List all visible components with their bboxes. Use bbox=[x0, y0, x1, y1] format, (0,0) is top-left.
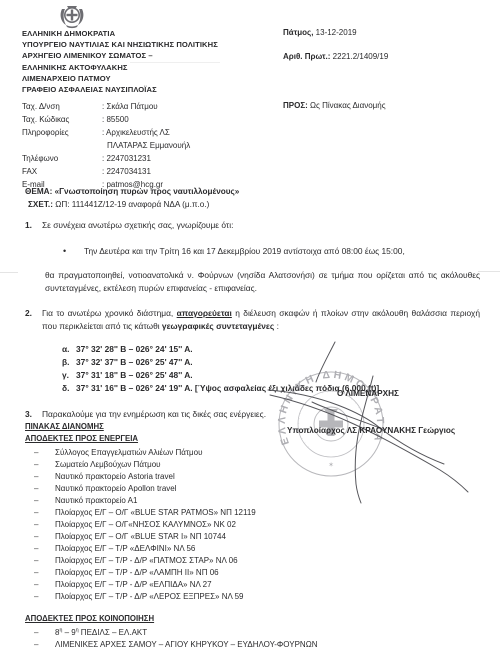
date-protocol-block: Πάτμος, 13-12-2019 Αριθ. Πρωτ.: 2221.2/1… bbox=[283, 28, 493, 76]
prohibition-emphasis: απαγορεύεται bbox=[177, 308, 232, 318]
protocol-value: 2221.2/1409/19 bbox=[333, 52, 389, 61]
scan-noise bbox=[0, 272, 18, 273]
contact-row: Πληροφορίες: Αρχικελευστής ΛΣ bbox=[22, 126, 262, 139]
header-line: ΑΡΧΗΓΕΙΟ ΛΙΜΕΝΙΚΟΥ ΣΩΜΑΤΟΣ – bbox=[22, 50, 277, 61]
bullet-line: • Την Δευτέρα και την Τρίτη 16 και 17 Δε… bbox=[25, 245, 480, 258]
header-line: ΥΠΟΥΡΓΕΙΟ ΝΑΥΤΙΛΙΑΣ ΚΑΙ ΝΗΣΙΩΤΙΚΗΣ ΠΟΛΙΤ… bbox=[22, 39, 277, 50]
body-item-1: 1. Σε συνέχεια ανωτέρω σχετικής σας, γνω… bbox=[25, 219, 480, 232]
body-paragraph: θα πραγματοποιηθεί, νοτιοανατολικά ν. Φο… bbox=[25, 269, 480, 294]
reference-label: ΣΧΕΤ.: bbox=[28, 200, 53, 209]
recipient-line: ΠΡΟΣ: Ως Πίνακας Διανομής bbox=[283, 101, 386, 110]
contact-row: Ταχ. Κώδικας: 85500 bbox=[22, 113, 262, 126]
action-recipients-header: ΑΠΟΔΕΚΤΕΣ ΠΡΟΣ ΕΝΕΡΓΕΙΑ bbox=[25, 433, 475, 445]
subject-line: ΘΕΜΑ: «Γνωστοποίηση πυρών προς ναυτιλλομ… bbox=[25, 185, 455, 198]
signatory-title: Ο ΛΙΜΕΝΑΡΧΗΣ bbox=[337, 389, 399, 398]
header-line: ΛΙΜΕΝΑΡΧΕΙΟ ΠΑΤΜΟΥ bbox=[22, 73, 277, 84]
distribution-table: ΠΙΝΑΚΑΣ ΔΙΑΝΟΜΗΣ ΑΠΟΔΕΚΤΕΣ ΠΡΟΣ ΕΝΕΡΓΕΙΑ… bbox=[25, 421, 475, 647]
header-line: ΕΛΛΗΝΙΚΗ ΔΗΜΟΚΡΑΤΙΑ bbox=[22, 28, 277, 39]
list-item: –Πλοίαρχος Ε/Γ – Τ/Ρ - Δ/Ρ «ΛΑΜΠΗ ΙΙ» ΝΠ… bbox=[25, 567, 475, 579]
reference-line: ΣΧΕΤ.: ΩΠ: 111441Ζ/12-19 αναφορά ΝΔΑ (μ.… bbox=[25, 198, 455, 211]
list-item: –ΛΙΜΕΝΙΚΕΣ ΑΡΧΕΣ ΣΑΜΟΥ – ΑΓΙΟΥ ΚΗΡΥΚΟΥ –… bbox=[25, 639, 475, 647]
contact-row: Τηλέφωνο: 2247031231 bbox=[22, 152, 262, 165]
date-value: 13-12-2019 bbox=[316, 28, 357, 37]
recipient-value: Ως Πίνακας Διανομής bbox=[310, 101, 386, 110]
list-item: –Σωματείο Λεμβούχων Πάτμου bbox=[25, 459, 475, 471]
list-item: –Πλοίαρχος Ε/Γ – Τ/Ρ - Δ/Ρ «ΛΕΡΟΣ ΕΞΠΡΕΣ… bbox=[25, 591, 475, 603]
bullet-icon: • bbox=[63, 245, 84, 258]
list-item: –Πλοίαρχος Ε/Γ – Τ/Ρ - Δ/Ρ «ΕΛΠΙΔΑ» ΝΛ 2… bbox=[25, 579, 475, 591]
protocol-label: Αριθ. Πρωτ.: bbox=[283, 52, 330, 61]
list-item: –8η – 9η ΠΕΔΙΛΣ – ΕΛ.ΑΚΤ bbox=[25, 627, 475, 639]
list-item: –Πλοίαρχος Ε/Γ – Τ/Ρ - Δ/Ρ «ΠΑΤΜΟΣ ΣΤΑΡ»… bbox=[25, 555, 475, 567]
contact-row: FAX: 2247034131 bbox=[22, 165, 262, 178]
list-item: –Σύλλογος Επαγγελματιών Αλιέων Πάτμου bbox=[25, 447, 475, 459]
reference-value: ΩΠ: 111441Ζ/12-19 αναφορά ΝΔΑ (μ.π.ο.) bbox=[55, 200, 209, 209]
cc-recipients-list: –8η – 9η ΠΕΔΙΛΣ – ΕΛ.ΑΚΤ –ΛΙΜΕΝΙΚΕΣ ΑΡΧΕ… bbox=[25, 627, 475, 647]
action-recipients-list: –Σύλλογος Επαγγελματιών Αλιέων Πάτμου –Σ… bbox=[25, 447, 475, 603]
list-item: –Ναυτικό πρακτορείο Α1 bbox=[25, 495, 475, 507]
contact-info: Ταχ. Δ/νση: Σκάλα Πάτμου Ταχ. Κώδικας: 8… bbox=[22, 100, 262, 191]
header-line: ΓΡΑΦΕΙΟ ΑΣΦΑΛΕΙΑΣ ΝΑΥΣΙΠΛΟΪΑΣ bbox=[22, 84, 277, 95]
contact-row: Ταχ. Δ/νση: Σκάλα Πάτμου bbox=[22, 100, 262, 113]
list-item: –Ναυτικό πρακτορείο Astoria travel bbox=[25, 471, 475, 483]
date-line: Πάτμος, 13-12-2019 bbox=[283, 28, 493, 38]
subject-label: ΘΕΜΑ: bbox=[25, 187, 52, 196]
contact-row: ΠΛΑΤΑΡΑΣ Εμμανουήλ bbox=[22, 139, 262, 152]
header-line: ΕΛΛΗΝΙΚΗΣ ΑΚΤΟΦΥΛΑΚΗΣ bbox=[22, 62, 277, 73]
greek-national-emblem-icon bbox=[58, 3, 86, 29]
distribution-title: ΠΙΝΑΚΑΣ ΔΙΑΝΟΜΗΣ bbox=[25, 421, 475, 433]
document-page: ΕΛΛΗΝΙΚΗ ΔΗΜΟΚΡΑΤΙΑ ΥΠΟΥΡΓΕΙΟ ΝΑΥΤΙΛΙΑΣ … bbox=[0, 0, 500, 647]
list-item: –Πλοίαρχος Ε/Γ – Ο/Γ «BLUE STAR I» ΝΠ 10… bbox=[25, 531, 475, 543]
list-item: –Πλοίαρχος Ε/Γ – Ο/Γ «BLUE STAR PATMOS» … bbox=[25, 507, 475, 519]
place-label: Πάτμος, bbox=[283, 28, 313, 37]
list-item: –Ναυτικό πρακτορείο Apollon travel bbox=[25, 483, 475, 495]
subject-block: ΘΕΜΑ: «Γνωστοποίηση πυρών προς ναυτιλλομ… bbox=[25, 185, 455, 211]
recipient-label: ΠΡΟΣ: bbox=[283, 101, 308, 110]
list-item: –Πλοίαρχος Ε/Γ – Τ/Ρ «ΔΕΛΦΙΝΙ» ΝΛ 56 bbox=[25, 543, 475, 555]
scan-noise bbox=[478, 271, 500, 272]
scan-noise bbox=[130, 62, 220, 63]
body-item-2: 2. Για το ανωτέρω χρονικό διάστημα, απαγ… bbox=[25, 307, 480, 332]
cc-recipients-header: ΑΠΟΔΕΚΤΕΣ ΠΡΟΣ ΚΟΙΝΟΠΟΙΗΣΗ bbox=[25, 613, 475, 625]
protocol-line: Αριθ. Πρωτ.: 2221.2/1409/19 bbox=[283, 52, 493, 62]
subject-value: «Γνωστοποίηση πυρών προς ναυτιλλομένους» bbox=[55, 187, 240, 196]
list-item: –Πλοίαρχος Ε/Γ – Ο/Γ«ΝΗΣΟΣ ΚΑΛΥΜΝΟΣ» ΝΚ … bbox=[25, 519, 475, 531]
